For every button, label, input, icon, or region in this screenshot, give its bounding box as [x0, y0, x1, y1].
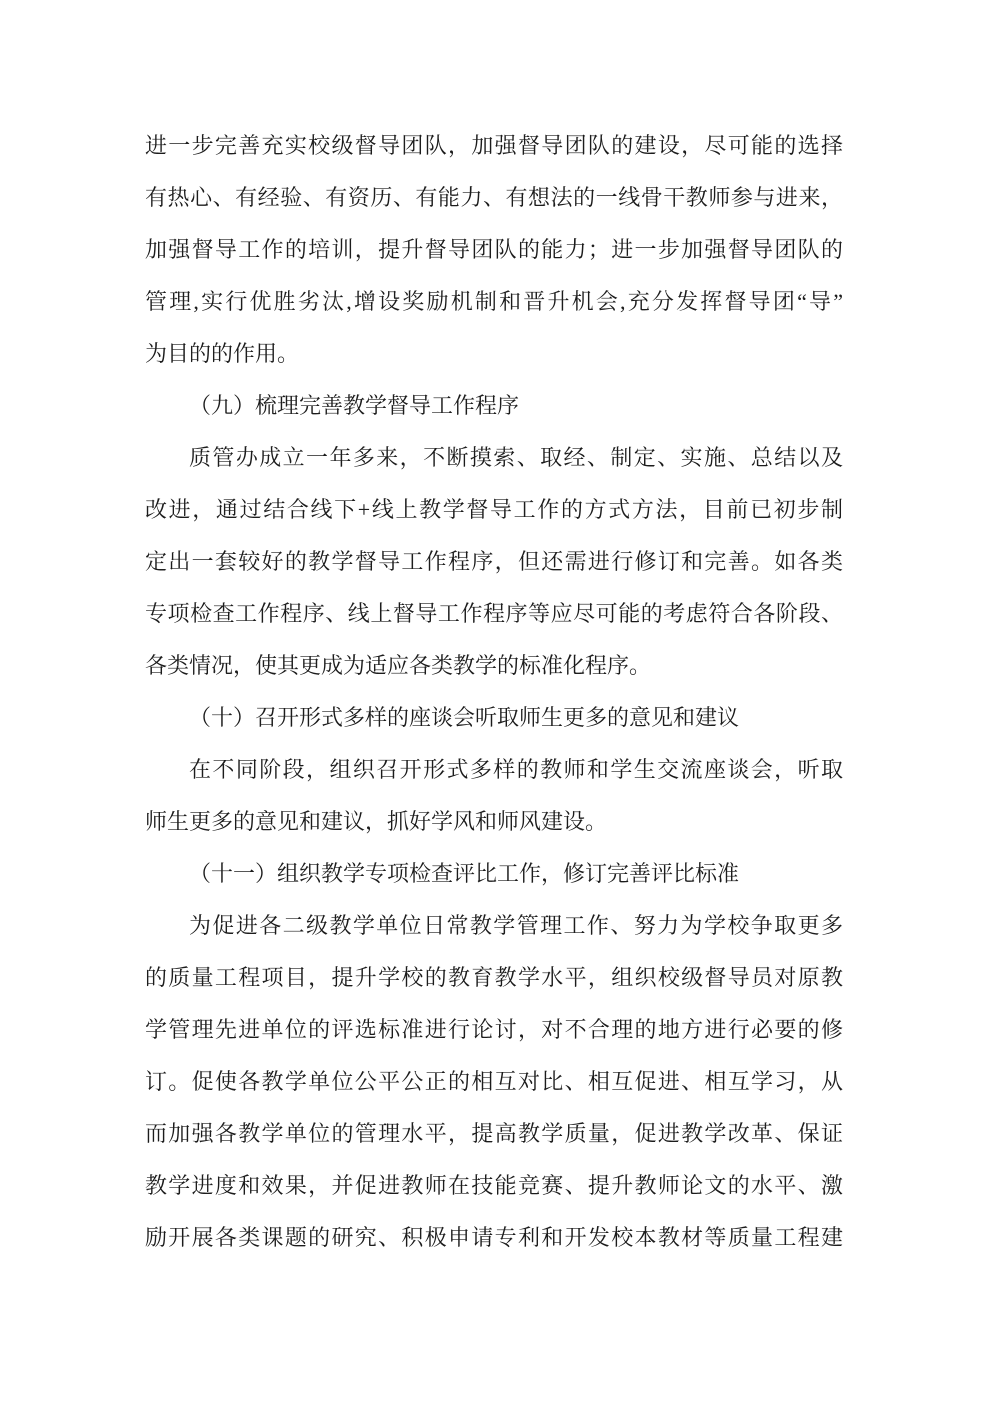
text-line: 管理,实行优胜劣汰,增设奖励机制和晋升机会,充分发挥督导团“导” [145, 276, 843, 328]
paragraph-section-10: 在不同阶段，组织召开形式多样的教师和学生交流座谈会，听取 师生更多的意见和建议，… [145, 744, 843, 848]
text-line: 的质量工程项目，提升学校的教育教学水平，组织校级督导员对原教 [145, 952, 843, 1004]
document-text: 进一步完善充实校级督导团队，加强督导团队的建设，尽可能的选择 有热心、有经验、有… [145, 120, 843, 1264]
text-line: 进一步完善充实校级督导团队，加强督导团队的建设，尽可能的选择 [145, 120, 843, 172]
section-heading-10: （十）召开形式多样的座谈会听取师生更多的意见和建议 [145, 692, 843, 744]
text-line: 专项检查工作程序、线上督导工作程序等应尽可能的考虑符合各阶段、 [145, 588, 843, 640]
text-line: 励开展各类课题的研究、积极申请专利和开发校本教材等质量工程建 [145, 1212, 843, 1264]
text-line: 加强督导工作的培训，提升督导团队的能力；进一步加强督导团队的 [145, 224, 843, 276]
text-line: 而加强各教学单位的管理水平，提高教学质量，促进教学改革、保证 [145, 1108, 843, 1160]
paragraph-section-11: 为促进各二级教学单位日常教学管理工作、努力为学校争取更多 的质量工程项目，提升学… [145, 900, 843, 1264]
text-line: 有热心、有经验、有资历、有能力、有想法的一线骨干教师参与进来， [145, 172, 843, 224]
text-line: 定出一套较好的教学督导工作程序，但还需进行修订和完善。如各类 [145, 536, 843, 588]
paragraph-supervision-team: 进一步完善充实校级督导团队，加强督导团队的建设，尽可能的选择 有热心、有经验、有… [145, 120, 843, 380]
text-line: 为促进各二级教学单位日常教学管理工作、努力为学校争取更多 [145, 900, 843, 952]
text-line: 质管办成立一年多来，不断摸索、取经、制定、实施、总结以及 [145, 432, 843, 484]
text-line: 学管理先进单位的评选标准进行论讨，对不合理的地方进行必要的修 [145, 1004, 843, 1056]
text-line: 为目的的作用。 [145, 328, 843, 380]
section-heading-11: （十一）组织教学专项检查评比工作，修订完善评比标准 [145, 848, 843, 900]
text-line: 改进，通过结合线下+线上教学督导工作的方式方法，目前已初步制 [145, 484, 843, 536]
text-line: 各类情况，使其更成为适应各类教学的标准化程序。 [145, 640, 843, 692]
text-line: 在不同阶段，组织召开形式多样的教师和学生交流座谈会，听取 [145, 744, 843, 796]
section-heading-line: （十一）组织教学专项检查评比工作，修订完善评比标准 [145, 848, 843, 900]
section-heading-line: （九）梳理完善教学督导工作程序 [145, 380, 843, 432]
document-page: 进一步完善充实校级督导团队，加强督导团队的建设，尽可能的选择 有热心、有经验、有… [0, 0, 992, 1403]
text-line: 教学进度和效果，并促进教师在技能竞赛、提升教师论文的水平、激 [145, 1160, 843, 1212]
text-line: 师生更多的意见和建议，抓好学风和师风建设。 [145, 796, 843, 848]
text-line: 订。促使各教学单位公平公正的相互对比、相互促进、相互学习，从 [145, 1056, 843, 1108]
paragraph-section-9: 质管办成立一年多来，不断摸索、取经、制定、实施、总结以及 改进，通过结合线下+线… [145, 432, 843, 692]
section-heading-9: （九）梳理完善教学督导工作程序 [145, 380, 843, 432]
section-heading-line: （十）召开形式多样的座谈会听取师生更多的意见和建议 [145, 692, 843, 744]
